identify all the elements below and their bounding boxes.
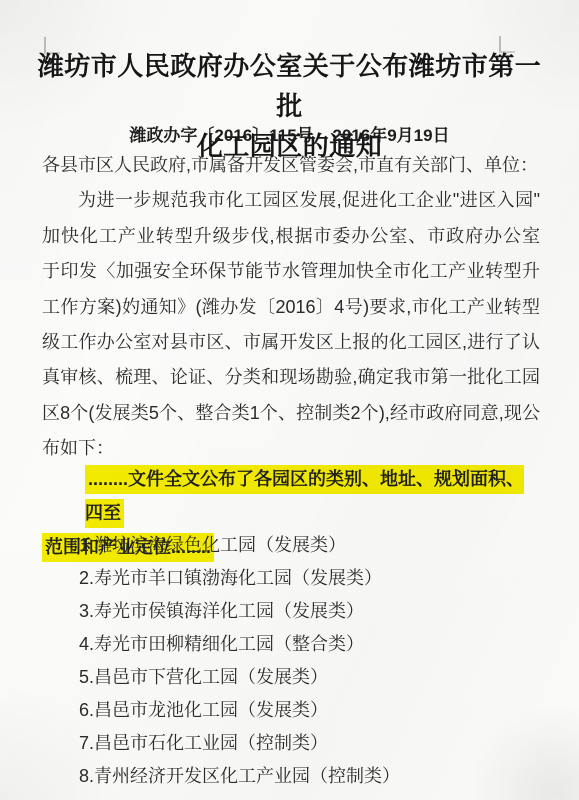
salutation-line: 各县市区人民政府,市属备开发区管委会,市直有关部门、单位： xyxy=(42,148,540,183)
body-line: 加快化工产业转型升级步伐,根据市委办公室、市政府办公室《关 xyxy=(42,219,540,254)
body-line: 级工作办公室对县市区、市属开发区上报的化工园区,进行了认 xyxy=(42,325,540,360)
highlighted-line: ........文件全文公布了各园区的类别、地址、规划面积、四至 xyxy=(42,462,540,530)
body-line: 区8个(发展类5个、整合类1个、控制类2个),经市政府同意,现公 xyxy=(42,396,540,431)
document-page: 潍坊市人民政府办公室关于公布潍坊市第一批 化工园区的通知 潍政办字〔2016〕1… xyxy=(0,0,579,800)
park-list-item: 7.昌邑市石化工业园（控制类） xyxy=(42,727,540,760)
park-list: 1.潍坊滨海绿色化工园（发展类） 2.寿光市羊口镇渤海化工园（发展类） 3.寿光… xyxy=(42,529,540,793)
document-number: 潍政办字〔2016〕115号 xyxy=(129,126,313,145)
body-line: 工作方案)妁通知》(潍办发〔2016〕4号)要求,市化工产业转型升 xyxy=(42,290,540,325)
park-list-item: 3.寿光市侯镇海洋化工园（发展类） xyxy=(42,595,540,628)
park-list-item: 1.潍坊滨海绿色化工园（发展类） xyxy=(42,529,540,562)
document-date: 2016年9月19日 xyxy=(332,126,449,145)
document-body: 各县市区人民政府,市属备开发区管委会,市直有关部门、单位： 为进一步规范我市化工… xyxy=(42,148,540,467)
document-meta: 潍政办字〔2016〕115号 2016年9月19日 xyxy=(0,124,579,148)
body-line: 为进一步规范我市化工园区发展,促进化工企业"进区入园" xyxy=(42,183,540,218)
body-line: 于印发〈加强安全环保节能节水管理加快全市化工产业转型升级 xyxy=(42,254,540,289)
park-list-item: 8.青州经济开发区化工产业园（控制类） xyxy=(42,760,540,793)
body-line: 真审核、梳理、论证、分类和现场勘验,确定我市第一批化工园 xyxy=(42,360,540,395)
highlight-mark: ........文件全文公布了各园区的类别、地址、规划面积、四至 xyxy=(85,465,524,528)
park-list-item: 4.寿光市田柳精细化工园（整合类） xyxy=(42,628,540,661)
park-list-item: 5.昌邑市下营化工园（发展类） xyxy=(42,661,540,694)
park-list-item: 6.昌邑市龙池化工园（发展类） xyxy=(42,694,540,727)
park-list-item: 2.寿光市羊口镇渤海化工园（发展类） xyxy=(42,562,540,595)
title-line-1: 潍坊市人民政府办公室关于公布潍坊市第一批 xyxy=(30,46,549,126)
